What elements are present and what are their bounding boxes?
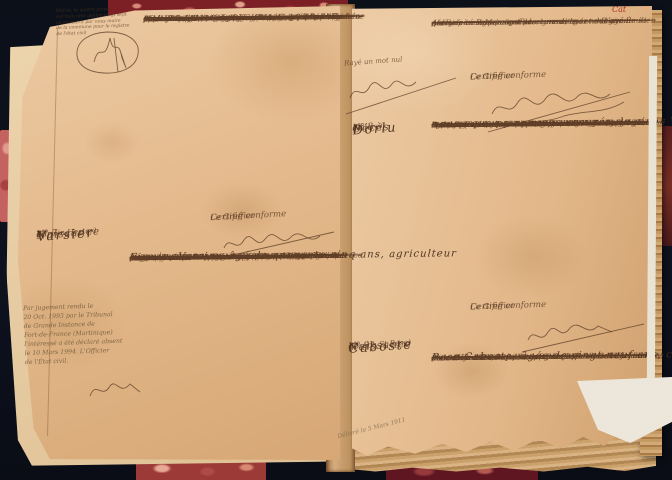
manuscript-line: P. Monnerville. <box>143 12 202 24</box>
greffier-label: Le Greffier <box>470 301 515 312</box>
scanned-register-photo: Mairie, le quatre janviermil huit cent q… <box>0 0 672 480</box>
cover-spine-right-edge <box>662 126 672 246</box>
act-8-text: L'an mil huit cent quatre vingt sept, le… <box>432 118 648 121</box>
act-7-text: L'an mil huit cent quatre vingt sept, le… <box>130 251 338 254</box>
manuscript-line: Aldéyon — P. Monnerville. <box>431 16 535 29</box>
margin-signature <box>344 70 464 120</box>
officer-signature <box>86 378 146 404</box>
red-pencil-mark: Cat <box>612 5 626 14</box>
manuscript-line: Marc Janvry, P. Monnerville. <box>431 119 540 130</box>
oval-scribble-signature <box>70 28 144 78</box>
greffier-label: Le Greffier <box>470 71 515 82</box>
judgment-margin-note: Par jugement rendu le20 Oct. 1993 par le… <box>23 300 147 367</box>
manuscript-line: parents, sur l'habitation appelée <box>431 351 560 364</box>
